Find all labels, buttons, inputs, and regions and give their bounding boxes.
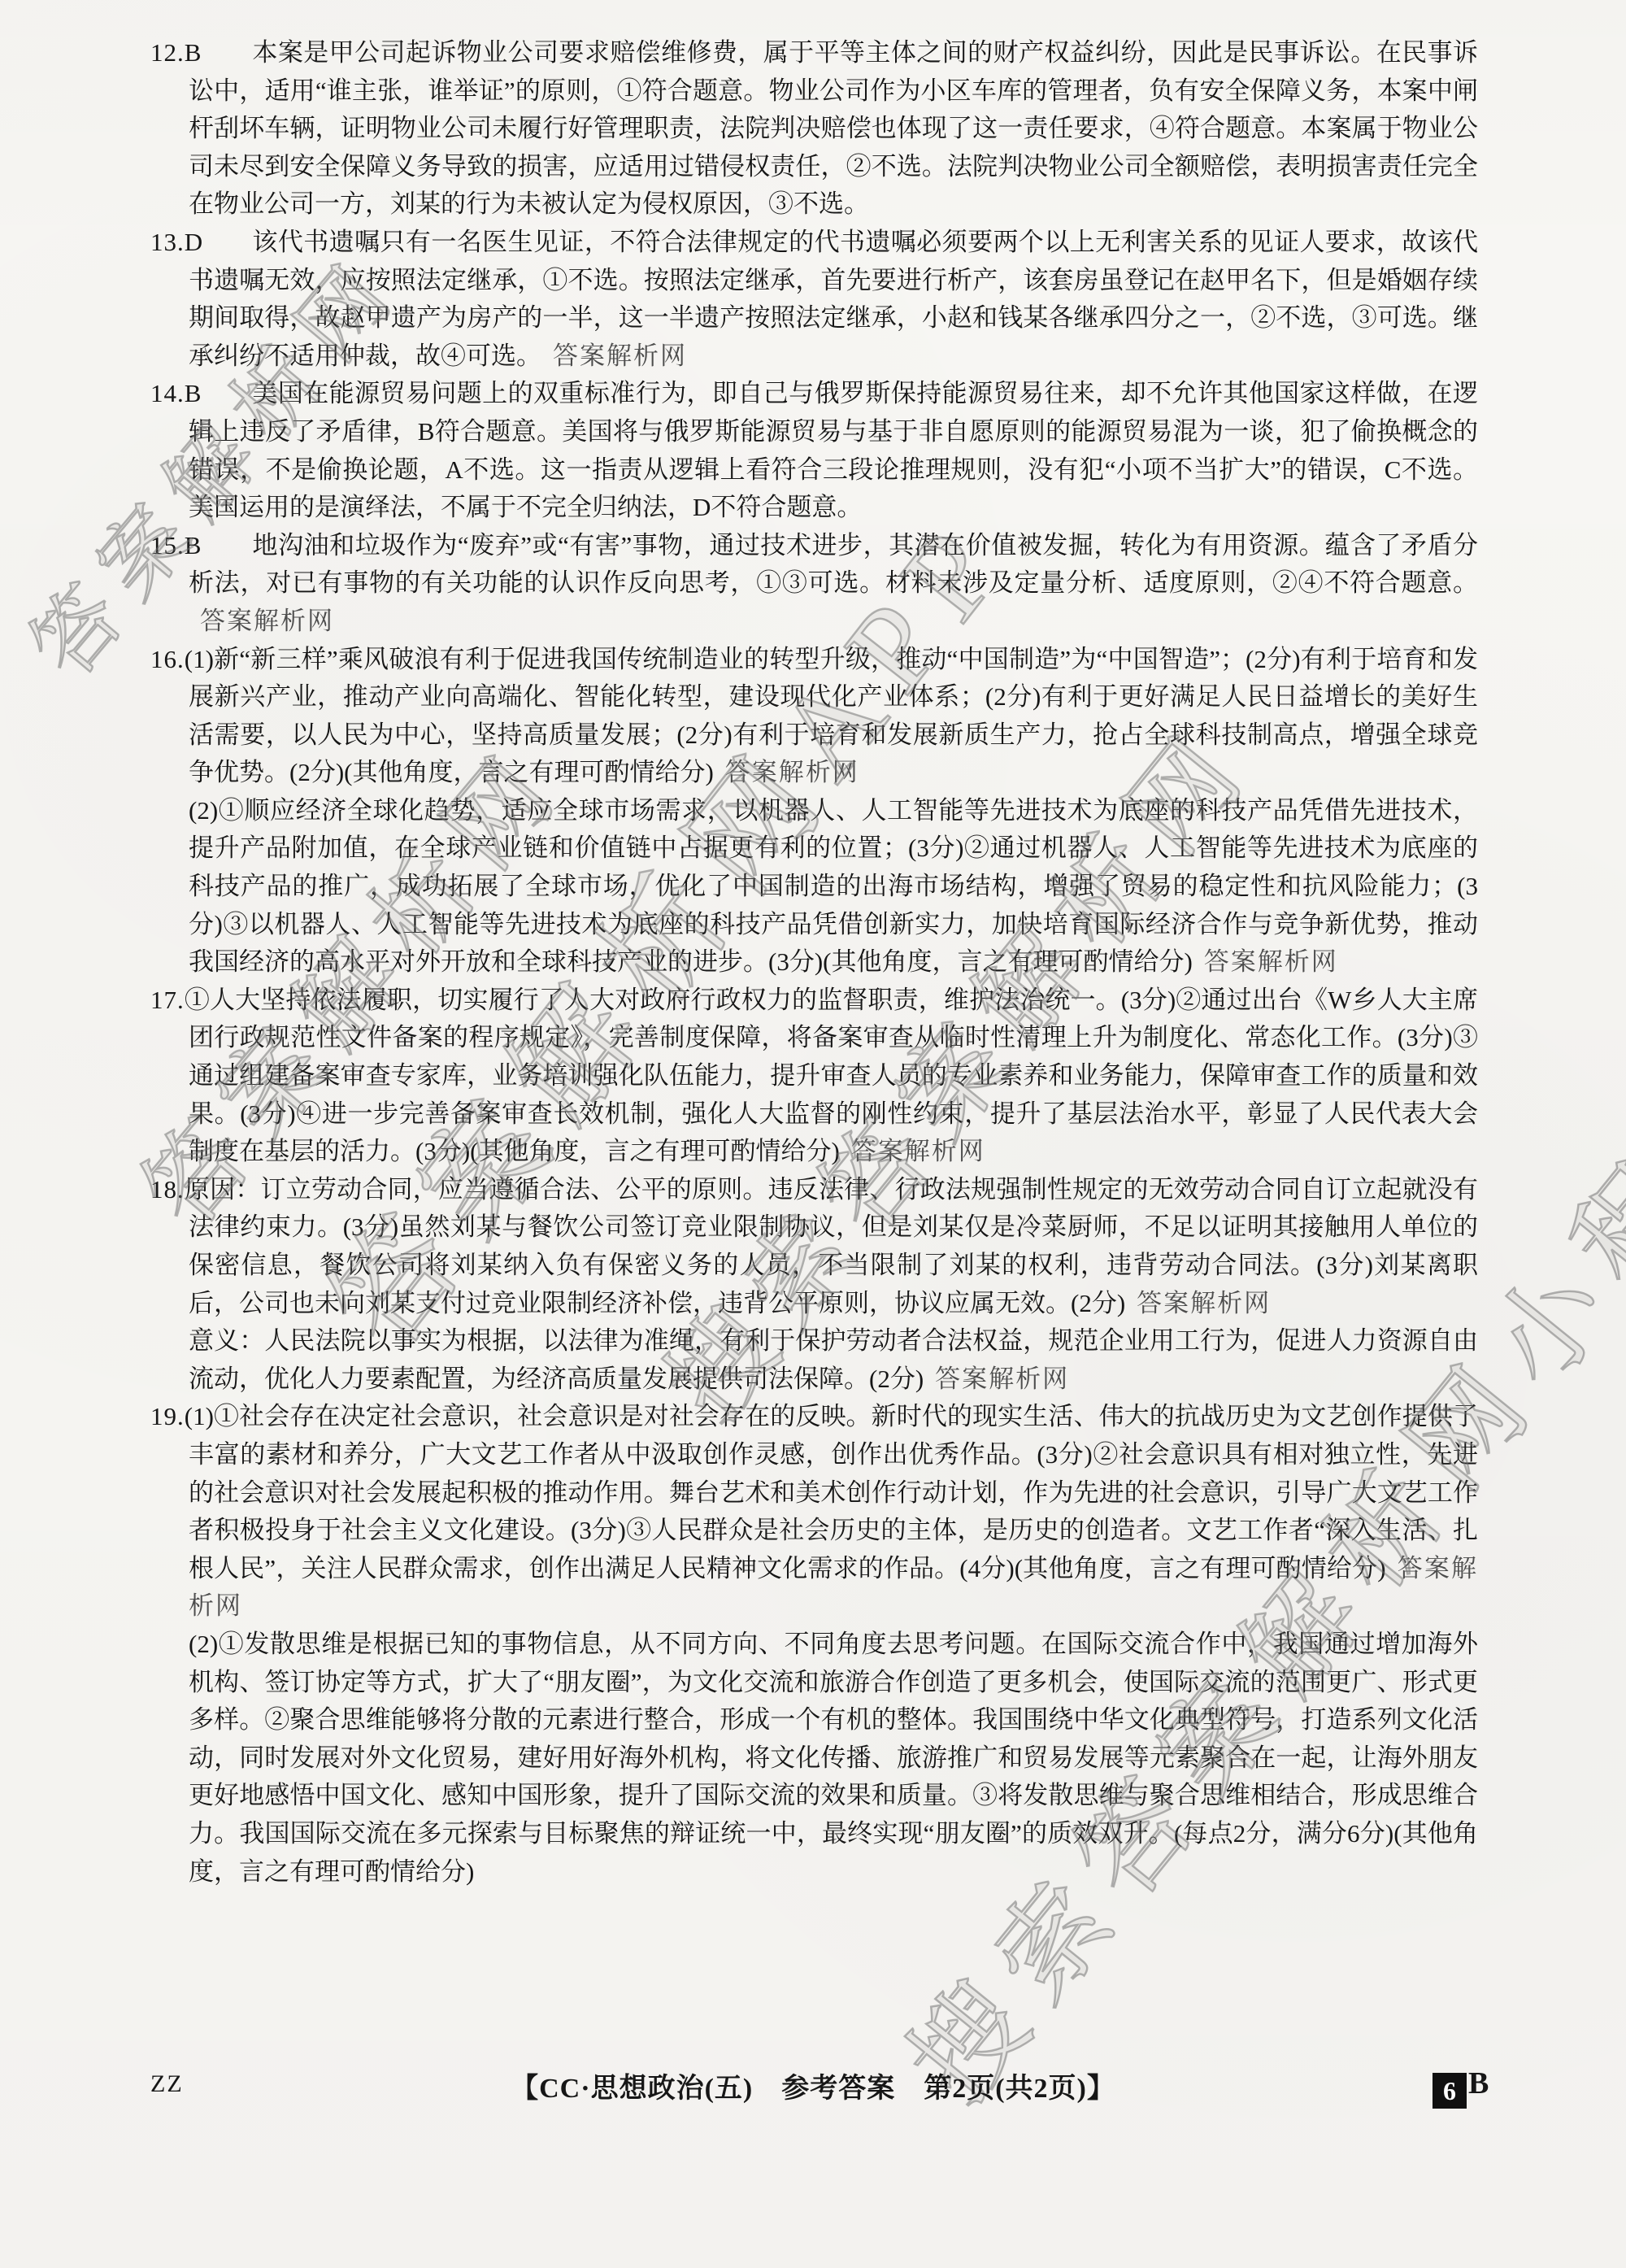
answer-number: 19. — [150, 1402, 185, 1430]
answer-item-12: 12.B本案是甲公司起诉物业公司要求赔偿维修费，属于平等主体之间的财产权益纠纷，… — [189, 34, 1478, 224]
answer-paragraph: 16.(1)新“新三样”乘风破浪有利于促进我国传统制造业的转型升级，推动“中国制… — [189, 641, 1478, 792]
answer-text: 地沟油和垃圾作为“废弃”或“有害”事物，通过技术进步，其潜在价值被发掘，转化为有… — [189, 531, 1478, 598]
footer-title: 【CC·思想政治(五) 参考答案 第2页(共2页)】 — [0, 2066, 1626, 2105]
answer-paragraph: 15.B地沟油和垃圾作为“废弃”或“有害”事物，通过技术进步，其潜在价值被发掘，… — [189, 527, 1478, 641]
answer-number: 14.B — [150, 375, 252, 413]
edition-number-badge: 6 — [1433, 2073, 1467, 2109]
answer-number: 15.B — [150, 527, 252, 565]
site-name-inline: 答案解析网 — [1137, 1289, 1271, 1317]
answer-item-19: 19.(1)①社会存在决定社会意识，社会意识是对社会存在的反映。新时代的现实生活… — [189, 1398, 1478, 1891]
site-name-inline: 答案解析网 — [935, 1365, 1069, 1393]
answer-number: 13.D — [150, 224, 252, 262]
site-name-inline: 答案解析网 — [553, 342, 687, 370]
answer-text: ①人大坚持依法履职，切实履行了人大对政府行政权力的监督职责，维护法治统一。(3分… — [185, 986, 1478, 1165]
answer-item-14: 14.B美国在能源贸易问题上的双重标准行为，即自己与俄罗斯保持能源贸易往来，却不… — [189, 375, 1478, 526]
answer-item-17: 17.①人大坚持依法履职，切实履行了人大对政府行政权力的监督职责，维护法治统一。… — [189, 982, 1478, 1171]
footer-edition: 6B — [1433, 2066, 1489, 2109]
site-name-inline: 答案解析网 — [851, 1137, 985, 1165]
answer-number: 17. — [150, 986, 185, 1014]
answer-paragraph: (2)①发散思维是根据已知的事物信息，从不同方向、不同角度去思考问题。在国际交流… — [189, 1626, 1478, 1891]
answer-item-15: 15.B地沟油和垃圾作为“废弃”或“有害”事物，通过技术进步，其潜在价值被发掘，… — [189, 527, 1478, 641]
answer-paragraph: 意义：人民法院以事实为根据，以法律为准绳，有利于保护劳动者合法权益，规范企业用工… — [189, 1322, 1478, 1398]
answer-item-18: 18.原因：订立劳动合同，应当遵循合法、公平的原则。违反法律、行政法规强制性规定… — [189, 1171, 1478, 1399]
site-name-inline: 答案解析网 — [725, 758, 859, 786]
scanned-answer-page: 答案解析网 答案解析网 答案解析网APP 搜索答案解析网 搜索答案解析网小程序 … — [0, 0, 1626, 2268]
answer-text: (1)①社会存在决定社会意识，社会意识是对社会存在的反映。新时代的现实生活、伟大… — [185, 1402, 1478, 1582]
answer-paragraph: 19.(1)①社会存在决定社会意识，社会意识是对社会存在的反映。新时代的现实生活… — [189, 1398, 1478, 1626]
page-footer: ZZ 【CC·思想政治(五) 参考答案 第2页(共2页)】 6B — [0, 2066, 1626, 2114]
answer-number: 18. — [150, 1175, 185, 1204]
answer-paragraph: (2)①顺应经济全球化趋势，适应全球市场需求，以机器人、人工智能等先进技术为底座… — [189, 792, 1478, 982]
answer-text: 原因：订立劳动合同，应当遵循合法、公平的原则。违反法律、行政法规强制性规定的无效… — [185, 1175, 1478, 1317]
answer-paragraph: 14.B美国在能源贸易问题上的双重标准行为，即自己与俄罗斯保持能源贸易往来，却不… — [189, 375, 1478, 526]
answer-text: (2)①发散思维是根据已知的事物信息，从不同方向、不同角度去思考问题。在国际交流… — [189, 1630, 1478, 1886]
answer-paragraph: 18.原因：订立劳动合同，应当遵循合法、公平的原则。违反法律、行政法规强制性规定… — [189, 1171, 1478, 1322]
answer-item-13: 13.D该代书遗嘱只有一名医生见证，不符合法律规定的代书遗嘱必须要两个以上无利害… — [189, 224, 1478, 375]
answer-text: 本案是甲公司起诉物业公司要求赔偿维修费，属于平等主体之间的财产权益纠纷，因此是民… — [189, 38, 1478, 218]
answer-paragraph: 17.①人大坚持依法履职，切实履行了人大对政府行政权力的监督职责，维护法治统一。… — [189, 982, 1478, 1171]
answer-paragraph: 12.B本案是甲公司起诉物业公司要求赔偿维修费，属于平等主体之间的财产权益纠纷，… — [189, 34, 1478, 224]
site-name-inline: 答案解析网 — [1204, 947, 1338, 976]
answer-text: 美国在能源贸易问题上的双重标准行为，即自己与俄罗斯保持能源贸易往来，却不允许其他… — [189, 379, 1478, 521]
edition-letter: B — [1468, 2066, 1489, 2100]
answer-text: 该代书遗嘱只有一名医生见证，不符合法律规定的代书遗嘱必须要两个以上无利害关系的见… — [189, 228, 1478, 370]
answer-number: 16. — [150, 645, 185, 673]
site-name-inline: 答案解析网 — [200, 607, 334, 635]
answer-number: 12.B — [150, 34, 252, 72]
answer-key-body: 12.B本案是甲公司起诉物业公司要求赔偿维修费，属于平等主体之间的财产权益纠纷，… — [0, 34, 1478, 1891]
answer-item-16: 16.(1)新“新三样”乘风破浪有利于促进我国传统制造业的转型升级，推动“中国制… — [189, 641, 1478, 982]
answer-paragraph: 13.D该代书遗嘱只有一名医生见证，不符合法律规定的代书遗嘱必须要两个以上无利害… — [189, 224, 1478, 375]
answer-text: 意义：人民法院以事实为根据，以法律为准绳，有利于保护劳动者合法权益，规范企业用工… — [189, 1326, 1478, 1393]
